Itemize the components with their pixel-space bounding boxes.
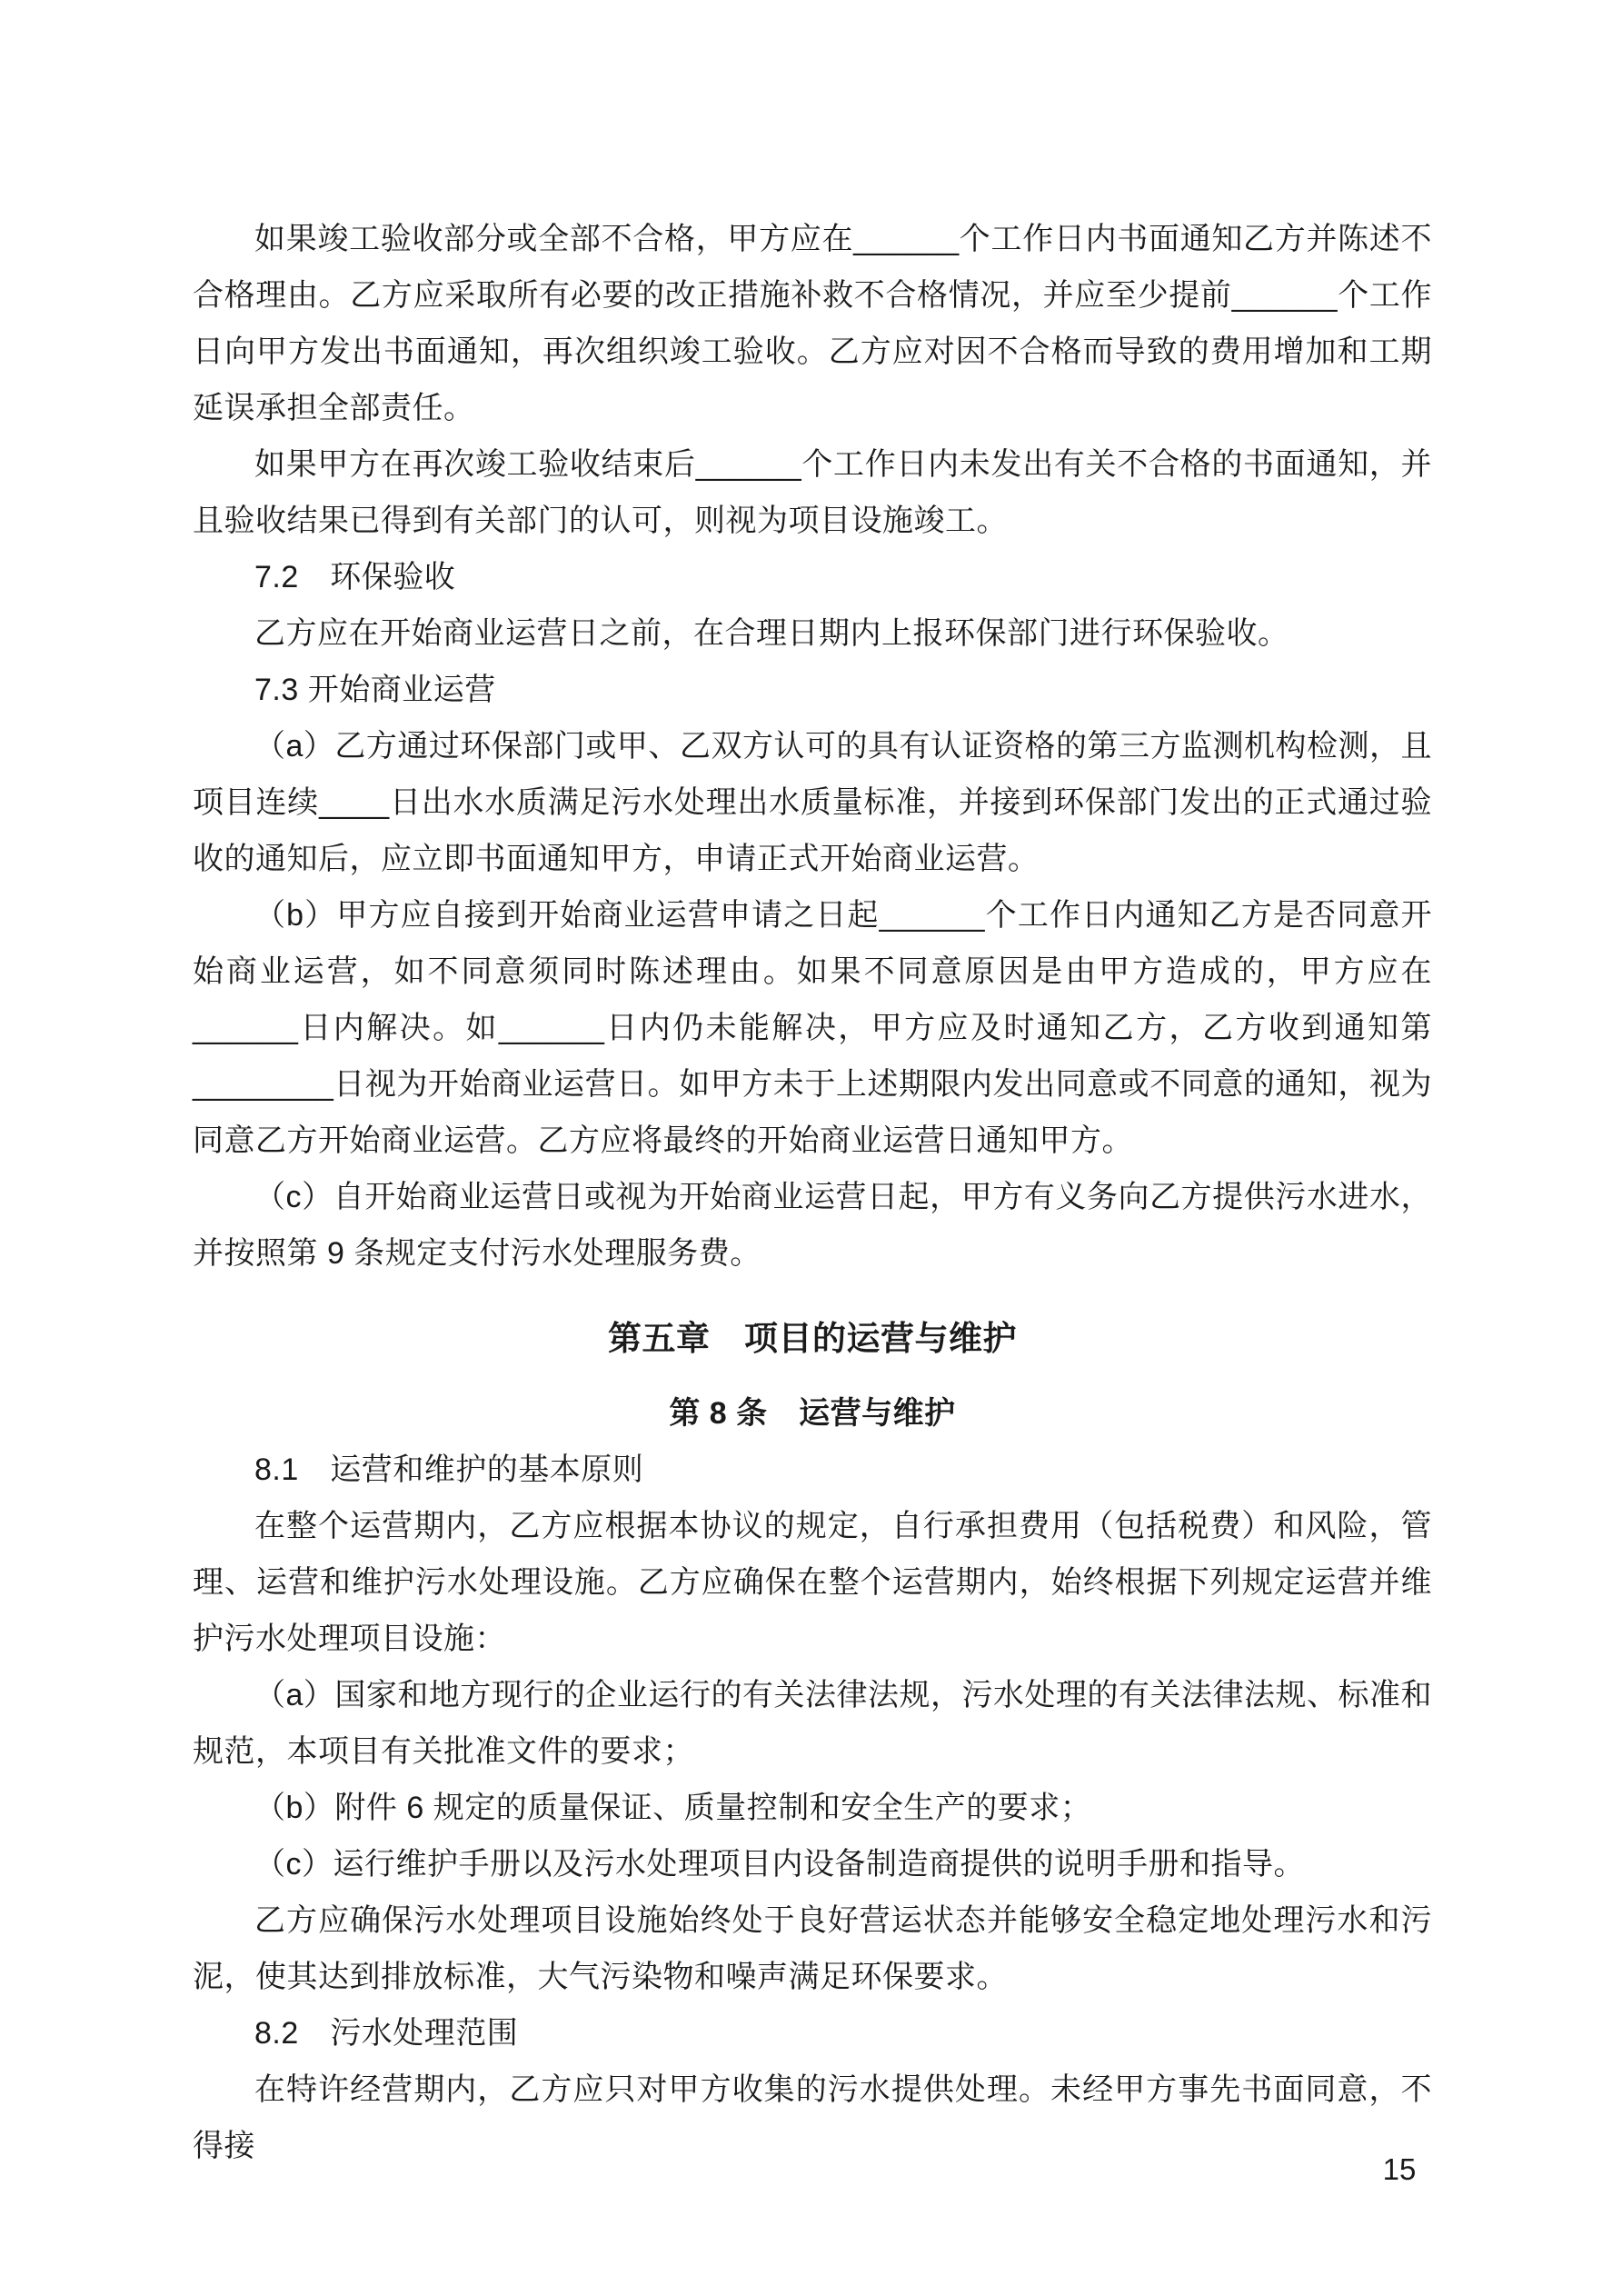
clause-heading: 7.3 开始商业运营 [193,662,1432,718]
article-heading: 第 8 条 运营与维护 [193,1385,1432,1442]
paragraph: 乙方应确保污水处理项目设施始终处于良好营运状态并能够安全稳定地处理污水和污泥，使… [193,1892,1432,2005]
paragraph: 如果竣工验收部分或全部不合格，甲方应在______个工作日内书面通知乙方并陈述不… [193,211,1432,436]
paragraph: 乙方应在开始商业运营日之前，在合理日期内上报环保部门进行环保验收。 [193,605,1432,662]
chapter-heading: 第五章 项目的运营与维护 [193,1311,1432,1367]
paragraph: （c）自开始商业运营日或视为开始商业运营日起，甲方有义务向乙方提供污水进水，并按… [193,1169,1432,1282]
paragraph: 如果甲方在再次竣工验收结束后______个工作日内未发出有关不合格的书面通知，并… [193,436,1432,549]
paragraph: （b）甲方应自接到开始商业运营申请之日起______个工作日内通知乙方是否同意开… [193,887,1432,1169]
clause-heading: 8.1 运营和维护的基本原则 [193,1442,1432,1498]
page-number: 15 [1363,2149,1436,2191]
paragraph: （a）乙方通过环保部门或甲、乙双方认可的具有认证资格的第三方监测机构检测，且项目… [193,718,1432,887]
paragraph: （b）附件 6 规定的质量保证、质量控制和安全生产的要求； [193,1780,1432,1836]
document-page: 如果竣工验收部分或全部不合格，甲方应在______个工作日内书面通知乙方并陈述不… [0,0,1622,2296]
paragraph: （c）运行维护手册以及污水处理项目内设备制造商提供的说明手册和指导。 [193,1836,1432,1892]
document-body: 如果竣工验收部分或全部不合格，甲方应在______个工作日内书面通知乙方并陈述不… [193,211,1432,2174]
paragraph: （a）国家和地方现行的企业运行的有关法律法规，污水处理的有关法律法规、标准和规范… [193,1667,1432,1780]
paragraph: 在整个运营期内，乙方应根据本协议的规定，自行承担费用（包括税费）和风险，管理、运… [193,1498,1432,1667]
clause-heading: 7.2 环保验收 [193,549,1432,605]
paragraph: 在特许经营期内，乙方应只对甲方收集的污水提供处理。未经甲方事先书面同意，不得接 [193,2061,1432,2174]
clause-heading: 8.2 污水处理范围 [193,2005,1432,2061]
